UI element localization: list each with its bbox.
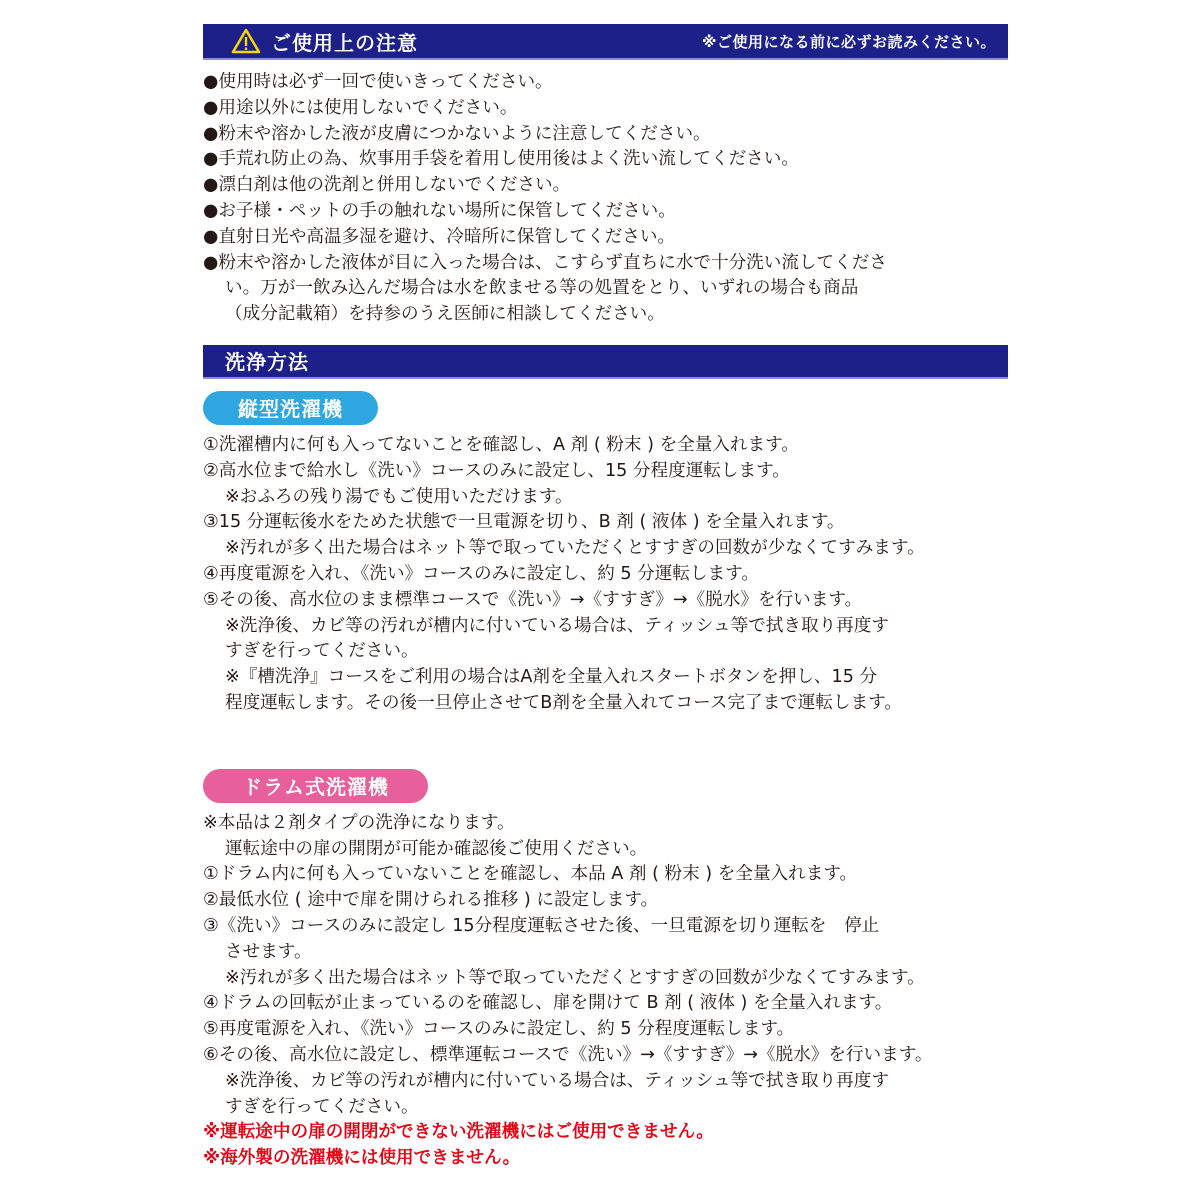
step-line: すぎを行ってください。 bbox=[203, 639, 1008, 665]
precaution-item: ●漂白剤は他の洗剤と併用しないでください。 bbox=[203, 173, 1008, 199]
warning-triangle-icon bbox=[231, 28, 261, 54]
precaution-item: ●お子様・ペットの手の触れない場所に保管してください。 bbox=[203, 199, 1008, 225]
step-line: ※汚れが多く出た場合はネット等で取っていただくとすすぎの回数が少なくてすみます。 bbox=[203, 966, 1008, 992]
step-line: させます。 bbox=[203, 940, 1008, 966]
instruction-sheet: ご使用上の注意 ※ご使用になる前に必ずお読みください。 ●使用時は必ず一回で使い… bbox=[203, 24, 1008, 1172]
precaution-item: ●直射日光や高温多湿を避け、冷暗所に保管してください。 bbox=[203, 225, 1008, 251]
cleaning-method-banner: 洗浄方法 bbox=[203, 345, 1008, 379]
step-line: ④ドラムの回転が止まっているのを確認し、扉を開けて B 剤 ( 液体 ) を全量… bbox=[203, 991, 1008, 1017]
precaution-continuation: （成分記載箱）を持参のうえ医師に相談してください。 bbox=[203, 302, 1008, 328]
step-line: 程度運転します。その後一旦停止させてB剤を全量入れてコース完了まで運転します。 bbox=[203, 691, 1008, 717]
step-line: ⑥その後、高水位に設定し、標準運転コースで《洗い》→《すすぎ》→《脱水》を行いま… bbox=[203, 1043, 1008, 1069]
step-line: ①ドラム内に何も入っていないことを確認し、本品 A 剤 ( 粉末 ) を全量入れ… bbox=[203, 862, 1008, 888]
precautions-title: ご使用上の注意 bbox=[271, 27, 418, 56]
drum-washer-label: ドラム式洗濯機 bbox=[203, 769, 428, 803]
step-line: ※本品は２剤タイプの洗浄になります。 bbox=[203, 811, 1008, 837]
step-line: ②最低水位 ( 途中で扉を開けられる推移 ) に設定します。 bbox=[203, 888, 1008, 914]
precaution-item: ●粉末や溶かした液体が目に入った場合は、こすらず直ちに水で十分洗い流してくださ bbox=[203, 251, 1008, 277]
step-line: すぎを行ってください。 bbox=[203, 1095, 1008, 1121]
precautions-banner: ご使用上の注意 ※ご使用になる前に必ずお読みください。 bbox=[203, 24, 1008, 60]
step-line: ※汚れが多く出た場合はネット等で取っていただくとすすぎの回数が少なくてすみます。 bbox=[203, 536, 1008, 562]
step-line: ※洗浄後、カビ等の汚れが槽内に付いている場合は、ティッシュ等で拭き取り再度す bbox=[203, 614, 1008, 640]
step-line: ⑤その後、高水位のまま標準コースで《洗い》→《すすぎ》→《脱水》を行います。 bbox=[203, 588, 1008, 614]
cleaning-method-title: 洗浄方法 bbox=[225, 346, 309, 375]
vertical-washer-steps: ①洗濯槽内に何も入ってないことを確認し、A 剤 ( 粉末 ) を全量入れます。②… bbox=[203, 433, 1008, 717]
step-line: ※『槽洗浄』コースをご利用の場合はA剤を全量入れスタートボタンを押し、15 分 bbox=[203, 665, 1008, 691]
precaution-item: ●手荒れ防止の為、炊事用手袋を着用し使用後はよく洗い流してください。 bbox=[203, 147, 1008, 173]
precautions-note: ※ご使用になる前に必ずお読みください。 bbox=[702, 31, 996, 52]
precaution-item: ●粉末や溶かした液が皮膚につかないように注意してください。 bbox=[203, 122, 1008, 148]
warning-note: ※運転途中の扉の開閉ができない洗濯機にはご使用できません。 bbox=[203, 1120, 1008, 1146]
step-line: ②高水位まで給水し《洗い》コースのみに設定し、15 分程度運転します。 bbox=[203, 459, 1008, 485]
step-line: ⑤再度電源を入れ、《洗い》コースのみに設定し、約 5 分程度運転します。 bbox=[203, 1017, 1008, 1043]
step-line: ※洗浄後、カビ等の汚れが槽内に付いている場合は、ティッシュ等で拭き取り再度す bbox=[203, 1069, 1008, 1095]
drum-washer-steps: ※本品は２剤タイプの洗浄になります。運転途中の扉の開閉が可能か確認後ご使用くださ… bbox=[203, 811, 1008, 1172]
step-line: ③《洗い》コースのみに設定し 15分程度運転させた後、一旦電源を切り運転を 停止 bbox=[203, 914, 1008, 940]
precaution-item: ●用途以外には使用しないでください。 bbox=[203, 96, 1008, 122]
precaution-item: ●使用時は必ず一回で使いきってください。 bbox=[203, 70, 1008, 96]
step-line: ④再度電源を入れ、《洗い》コースのみに設定し、約 5 分運転します。 bbox=[203, 562, 1008, 588]
step-line: 運転途中の扉の開閉が可能か確認後ご使用ください。 bbox=[203, 837, 1008, 863]
warning-note: ※海外製の洗濯機には使用できません。 bbox=[203, 1146, 1008, 1172]
precautions-list: ●使用時は必ず一回で使いきってください。 ●用途以外には使用しないでください。 … bbox=[203, 70, 1008, 328]
precaution-continuation: い。万が一飲み込んだ場合は水を飲ませる等の処置をとり、いずれの場合も商品 bbox=[203, 276, 1008, 302]
vertical-washer-label: 縦型洗濯機 bbox=[203, 391, 378, 425]
step-line: ①洗濯槽内に何も入ってないことを確認し、A 剤 ( 粉末 ) を全量入れます。 bbox=[203, 433, 1008, 459]
step-line: ③15 分運転後水をためた状態で一旦電源を切り、B 剤 ( 液体 ) を全量入れ… bbox=[203, 510, 1008, 536]
step-line: ※おふろの残り湯でもご使用いただけます。 bbox=[203, 485, 1008, 511]
